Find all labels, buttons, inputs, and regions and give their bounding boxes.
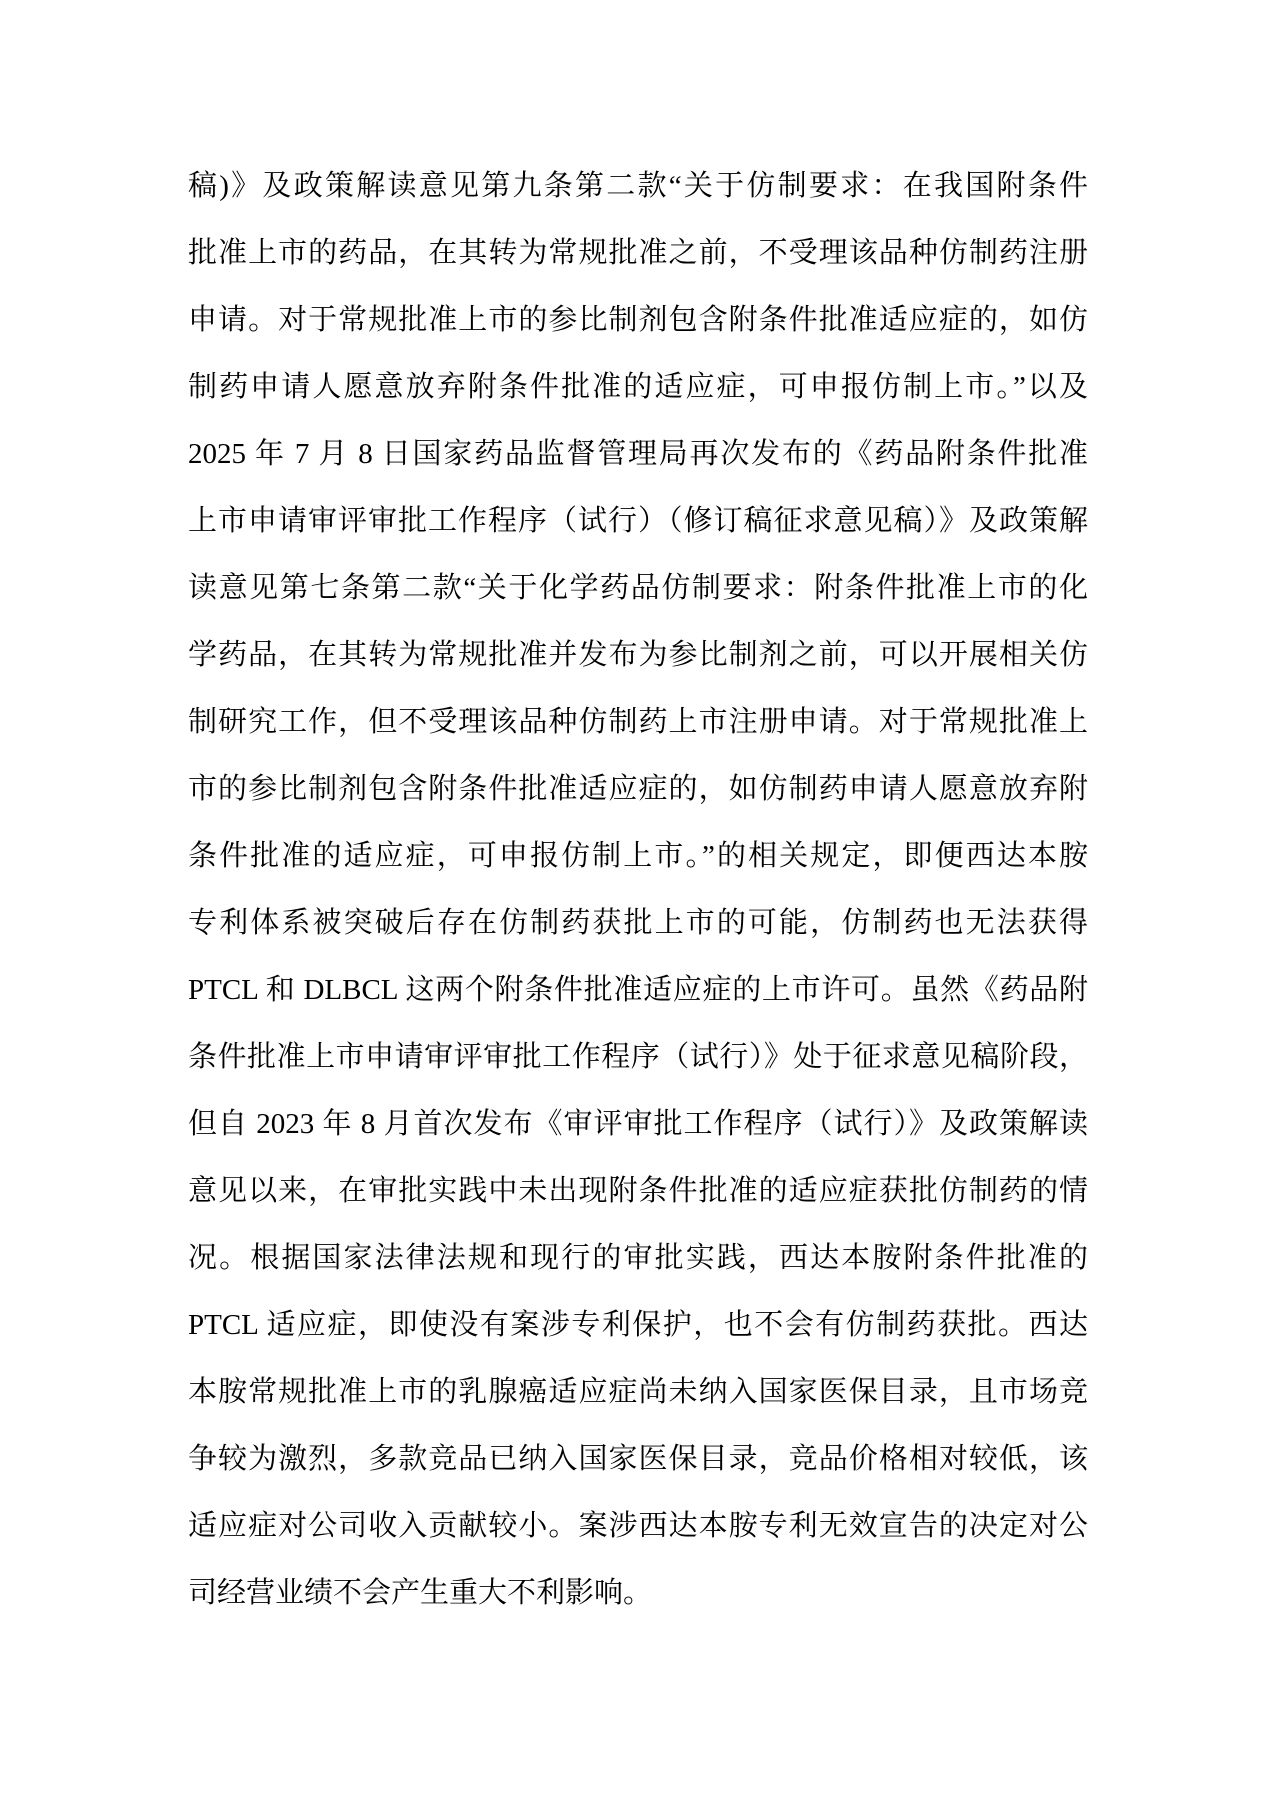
text-line: 但自 2023 年 8 月首次发布《审评审批工作程序（试行）》及政策解读	[188, 1091, 1088, 1158]
text-line: PTCL 适应症，即使没有案涉专利保护，也不会有仿制药获批。西达	[188, 1292, 1088, 1359]
text-line: 上市申请审评审批工作程序（试行）（修订稿征求意见稿）》及政策解	[188, 488, 1088, 555]
text-line: 稿)》及政策解读意见第九条第二款“关于仿制要求：在我国附条件	[188, 153, 1088, 220]
text-line: 争较为激烈，多款竞品已纳入国家医保目录，竞品价格相对较低，该	[188, 1426, 1088, 1493]
text-line: 学药品，在其转为常规批准并发布为参比制剂之前，可以开展相关仿	[188, 622, 1088, 689]
text-line: 适应症对公司收入贡献较小。案涉西达本胺专利无效宣告的决定对公	[188, 1493, 1088, 1560]
text-line: 市的参比制剂包含附条件批准适应症的，如仿制药申请人愿意放弃附	[188, 756, 1088, 823]
text-line: 况。根据国家法律法规和现行的审批实践，西达本胺附条件批准的	[188, 1225, 1088, 1292]
text-line: 申请。对于常规批准上市的参比制剂包含附条件批准适应症的，如仿	[188, 287, 1088, 354]
text-line: PTCL 和 DLBCL 这两个附条件批准适应症的上市许可。虽然《药品附	[188, 957, 1088, 1024]
text-line: 2025 年 7 月 8 日国家药品监督管理局再次发布的《药品附条件批准	[188, 421, 1088, 488]
text-line: 批准上市的药品，在其转为常规批准之前，不受理该品种仿制药注册	[188, 220, 1088, 287]
text-line: 制研究工作，但不受理该品种仿制药上市注册申请。对于常规批准上	[188, 689, 1088, 756]
text-line: 条件批准上市申请审评审批工作程序（试行）》处于征求意见稿阶段，	[188, 1024, 1088, 1091]
text-line: 意见以来，在审批实践中未出现附条件批准的适应症获批仿制药的情	[188, 1158, 1088, 1225]
document-page: 稿)》及政策解读意见第九条第二款“关于仿制要求：在我国附条件批准上市的药品，在其…	[0, 0, 1280, 1810]
text-line: 读意见第七条第二款“关于化学药品仿制要求：附条件批准上市的化	[188, 555, 1088, 622]
text-line: 本胺常规批准上市的乳腺癌适应症尚未纳入国家医保目录，且市场竞	[188, 1359, 1088, 1426]
text-line: 专利体系被突破后存在仿制药获批上市的可能，仿制药也无法获得	[188, 890, 1088, 957]
text-line: 司经营业绩不会产生重大不利影响。	[188, 1560, 1088, 1627]
text-line: 制药申请人愿意放弃附条件批准的适应症，可申报仿制上市。”以及	[188, 354, 1088, 421]
paragraph-body: 稿)》及政策解读意见第九条第二款“关于仿制要求：在我国附条件批准上市的药品，在其…	[188, 153, 1088, 1627]
text-line: 条件批准的适应症，可申报仿制上市。”的相关规定，即便西达本胺	[188, 823, 1088, 890]
